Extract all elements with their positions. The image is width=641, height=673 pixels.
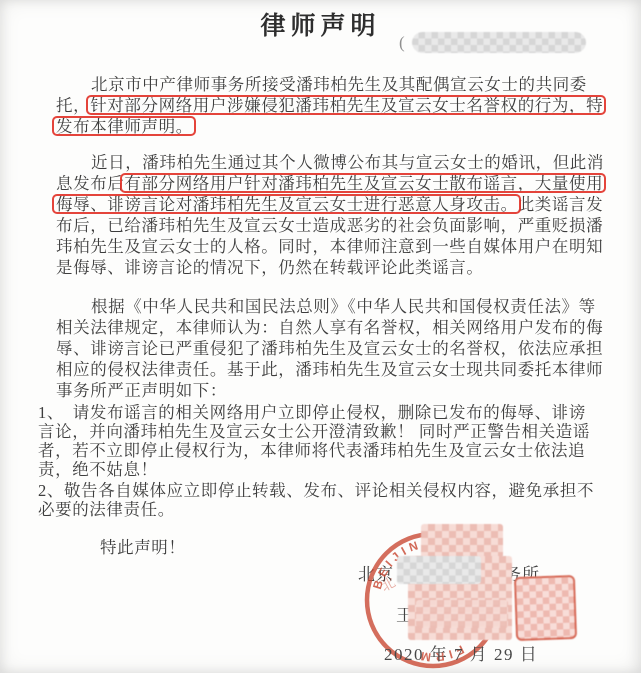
paragraph-1-line-3: 发布本律师声明。 — [56, 116, 616, 137]
red-highlight-box: 侮辱、诽谤言论对潘玮柏先生及宣云女士进行恶意人身攻击。 — [56, 195, 518, 214]
red-highlight-box: 发布本律师声明。 — [56, 117, 193, 136]
list-item-1-line-2: 言论，并向潘玮柏先生及宣云女士公开澄清致歉！ 同时严正警告相关造谣 — [38, 422, 598, 441]
text-segment: 此类谣言发 — [518, 195, 604, 214]
paragraph-2-line-5: 玮柏先生及宣云女士的人格。同时，本律师注意到一些自媒体用户在明知 — [56, 236, 616, 257]
text-segment: 北京市中产律师事务所接受潘玮柏先生及其配偶宣云女士的共同委 — [91, 75, 587, 94]
text-segment: 息发布后 — [56, 174, 124, 193]
paragraph-3-line-2: 相关法律规定，本律师认为：自然人享有名誉权，相关网络用户发布的侮 — [56, 317, 616, 338]
list-item-2: 2、敬告各自媒体应立即停止转载、发布、评论相关侵权内容，避免承担不必要的法律责任… — [38, 481, 598, 519]
list-item-1-line-1: 1、 请发布谣言的相关网络用户立即停止侵权，删除已发布的侮辱、诽谤 — [38, 403, 598, 422]
text-segment: 托， — [56, 96, 90, 115]
firm-name-redaction-mosaic — [397, 556, 481, 584]
paragraph-3-line-5: 事务所严正声明如下： — [56, 380, 616, 401]
signer-name-redaction-mosaic — [416, 600, 508, 628]
text-segment: 1、 请发布谣言的相关网络用户立即停止侵权，删除已发布的侮辱、诽谤 — [38, 403, 586, 422]
paragraph-2-line-4: 布后，已给潘玮柏先生及宣云女士造成恶劣的社会负面影响，严重贬损潘 — [56, 215, 616, 236]
text-segment: 辱、诽谤言论已严重侵犯了潘玮柏先生及宣云女士的名誉权，依法应承担 — [56, 339, 603, 358]
text-segment: 相应的侵权法律责任。基于此，潘玮柏先生及宣云女士现共同委托本律师 — [56, 360, 603, 379]
paragraph-3-line-3: 辱、诽谤言论已严重侵犯了潘玮柏先生及宣云女士的名誉权，依法应承担 — [56, 338, 616, 359]
paragraph-1: 北京市中产律师事务所接受潘玮柏先生及其配偶宣云女士的共同委托，针对部分网络用户涉… — [56, 74, 616, 137]
list-item-1-line-3: 者，若不立即停止侵权行为，本律师将代表潘玮柏先生及宣云女士依法追 — [38, 441, 598, 460]
paragraph-3: 根据《中华人民共和国民法总则》《中华人民共和国侵权责任法》等相关法律规定，本律师… — [56, 296, 616, 401]
paragraph-3-line-1: 根据《中华人民共和国民法总则》《中华人民共和国侵权责任法》等 — [56, 296, 616, 317]
text-segment: 布后，已给潘玮柏先生及宣云女士造成恶劣的社会负面影响，严重贬损潘 — [56, 216, 603, 235]
text-segment: 近日，潘玮柏先生通过其个人微博公布其与宣云女士的婚讯，但此消 — [91, 153, 604, 172]
text-segment: 2、敬告各自媒体应立即停止转载、发布、评论相关侵权内容，避免承担不 — [38, 481, 594, 500]
paragraph-2: 近日，潘玮柏先生通过其个人微博公布其与宣云女士的婚讯，但此消息发布后有部分网络用… — [56, 152, 616, 278]
paragraph-1-line-1: 北京市中产律师事务所接受潘玮柏先生及其配偶宣云女士的共同委 — [56, 74, 616, 95]
list-item-1-line-4: 责，绝不姑息！ — [38, 460, 598, 479]
header-redaction-paren: ( — [399, 33, 405, 53]
text-segment: 必要的法律责任。 — [38, 500, 175, 519]
list-item-2-line-1: 2、敬告各自媒体应立即停止转载、发布、评论相关侵权内容，避免承担不 — [38, 481, 598, 500]
paragraph-2-line-3: 侮辱、诽谤言论对潘玮柏先生及宣云女士进行恶意人身攻击。此类谣言发 — [56, 194, 616, 215]
list-item-1: 1、 请发布谣言的相关网络用户立即停止侵权，删除已发布的侮辱、诽谤言论，并向潘玮… — [38, 403, 598, 479]
text-segment: 言论，并向潘玮柏先生及宣云女士公开澄清致歉！ 同时严正警告相关造谣 — [38, 422, 590, 441]
text-segment: 玮柏先生及宣云女士的人格。同时，本律师注意到一些自媒体用户在明知 — [56, 237, 603, 256]
paragraph-2-line-1: 近日，潘玮柏先生通过其个人微博公布其与宣云女士的婚讯，但此消 — [56, 152, 616, 173]
red-highlight-box: 有部分网络用户针对潘玮柏先生及宣云女士散布谣言，大量使用 — [124, 174, 603, 193]
text-segment: 根据《中华人民共和国民法总则》《中华人民共和国侵权责任法》等 — [91, 297, 596, 316]
statement-date: 2020 年 7 月 29 日 — [384, 640, 538, 665]
square-personal-stamp — [514, 575, 577, 641]
text-segment: 相关法律规定，本律师认为：自然人享有名誉权，相关网络用户发布的侮 — [56, 318, 603, 337]
red-highlight-box: 针对部分网络用户涉嫌侵犯潘玮柏先生及宣云女士名誉权的行为，特 — [90, 96, 603, 115]
text-segment: 是侮辱、诽谤言论的情况下，仍然在转载评论此类谣言。 — [56, 258, 484, 277]
list-item-2-line-2: 必要的法律责任。 — [38, 500, 598, 519]
stamp-redaction-mosaic-top — [421, 524, 503, 558]
paragraph-1-line-2: 托，针对部分网络用户涉嫌侵犯潘玮柏先生及宣云女士名誉权的行为，特 — [56, 95, 616, 116]
header-redaction-mosaic — [412, 32, 586, 53]
text-segment: 事务所严正声明如下： — [56, 381, 227, 400]
paragraph-2-line-2: 息发布后有部分网络用户针对潘玮柏先生及宣云女士散布谣言，大量使用 — [56, 173, 616, 194]
paragraph-2-line-6: 是侮辱、诽谤言论的情况下，仍然在转载评论此类谣言。 — [56, 257, 616, 278]
lawyer-statement-document: 律师声明 ( 北京市中产律师事务所接受潘玮柏先生及其配偶宣云女士的共同委托，针对… — [0, 0, 641, 673]
text-segment: 特此声明！ — [100, 538, 186, 557]
text-segment: 者，若不立即停止侵权行为，本律师将代表潘玮柏先生及宣云女士依法追 — [38, 441, 585, 460]
text-segment: 责，绝不姑息！ — [38, 460, 158, 479]
paragraph-3-line-4: 相应的侵权法律责任。基于此，潘玮柏先生及宣云女士现共同委托本律师 — [56, 359, 616, 380]
